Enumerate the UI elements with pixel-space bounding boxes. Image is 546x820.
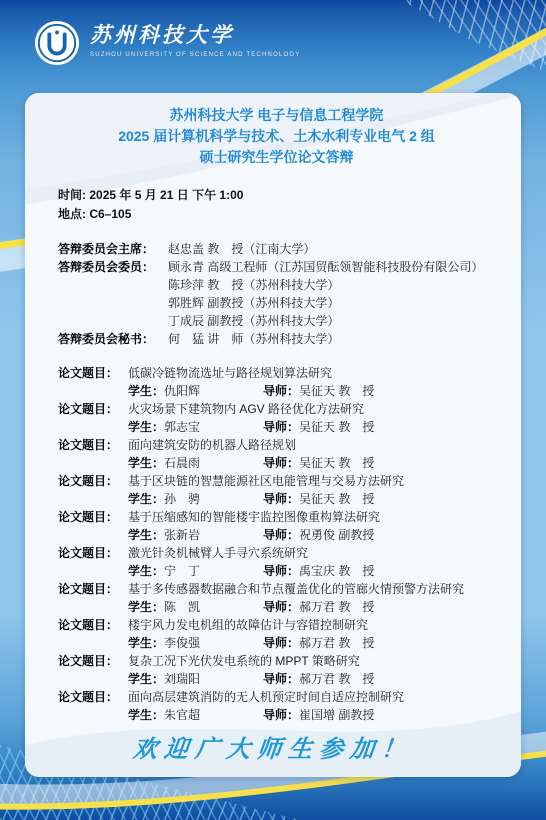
announcement-card: 苏州科技大学 电子与信息工程学院 2025 届计算机科学与技术、土木水利专业电气… [25, 93, 521, 777]
advisor-label: 导师： [263, 708, 299, 722]
thesis-student: 学生：孙 骋 [128, 490, 263, 508]
event-place: 地点: C6–105 [58, 205, 495, 224]
advisor-name: 吴征天 教 授 [299, 420, 374, 434]
defense-announcement-poster: 苏州科技大学 SUZHOU UNIVERSITY OF SCIENCE AND … [0, 0, 546, 820]
thesis-item: 论文题目：激光针灸机械臂人手寻穴系统研究学生：宁 丁导师：禹宝庆 教 授 [58, 544, 495, 580]
thesis-title-row: 论文题目：基于区块链的智慧能源社区电能管理与交易方法研究 [58, 472, 495, 490]
advisor-name: 禹宝庆 教 授 [299, 564, 374, 578]
student-name: 刘瑞阳 [164, 672, 200, 686]
thesis-student: 学生：李俊强 [128, 634, 263, 652]
student-name: 石晨雨 [164, 456, 200, 470]
thesis-people-row: 学生：仇阳辉导师：吴征天 教 授 [58, 382, 495, 400]
student-label: 学生： [128, 672, 164, 686]
committee-role-label: 答辩委员会委员： [58, 258, 168, 276]
thesis-item: 论文题目：基于多传感器数据融合和节点覆盖优化的管廊火情预警方法研究学生：陈 凯导… [58, 580, 495, 616]
committee-member: 赵忠盖 教 授（江南大学） [168, 240, 315, 258]
student-label: 学生： [128, 456, 164, 470]
advisor-name: 郝万君 教 授 [299, 672, 374, 686]
thesis-item: 论文题目：基于区块链的智慧能源社区电能管理与交易方法研究学生：孙 骋导师：吴征天… [58, 472, 495, 508]
committee-member: 丁成辰 副教授（苏州科技大学） [168, 312, 339, 330]
thesis-advisor: 导师：郝万君 教 授 [263, 670, 374, 688]
thesis-student: 学生：刘瑞阳 [128, 670, 263, 688]
thesis-student: 学生：张新岩 [128, 526, 263, 544]
title-line-2: 2025 届计算机科学与技术、土木水利专业电气 2 组 [58, 126, 495, 147]
committee-list: 答辩委员会主席： 赵忠盖 教 授（江南大学） 答辩委员会委员： 顾永青 高级工程… [58, 240, 495, 348]
thesis-title: 基于区块链的智慧能源社区电能管理与交易方法研究 [128, 472, 404, 490]
thesis-title-row: 论文题目：基于压缩感知的智能楼宇监控图像重构算法研究 [58, 508, 495, 526]
thesis-title-label: 论文题目： [58, 364, 128, 382]
committee-member: 陈珍萍 教 授（苏州科技大学） [168, 276, 339, 294]
committee-row: 陈珍萍 教 授（苏州科技大学） [58, 276, 495, 294]
thesis-item: 论文题目：低碳冷链物流选址与路径规划算法研究学生：仇阳辉导师：吴征天 教 授 [58, 364, 495, 400]
thesis-title: 复杂工况下光伏发电系统的 MPPT 策略研究 [128, 652, 360, 670]
event-info: 时间: 2025 年 5 月 21 日 下午 1:00 地点: C6–105 [58, 186, 495, 224]
student-name: 张新岩 [164, 528, 200, 542]
student-label: 学生： [128, 564, 164, 578]
student-label: 学生： [128, 492, 164, 506]
advisor-name: 吴征天 教 授 [299, 492, 374, 506]
thesis-item: 论文题目：面向建筑安防的机器人路径规划学生：石晨雨导师：吴征天 教 授 [58, 436, 495, 472]
mesh-pattern-top-right-icon [376, 0, 546, 72]
student-label: 学生： [128, 600, 164, 614]
advisor-label: 导师： [263, 420, 299, 434]
thesis-advisor: 导师：吴征天 教 授 [263, 490, 374, 508]
advisor-name: 吴征天 教 授 [299, 384, 374, 398]
thesis-advisor: 导师：祝勇俊 副教授 [263, 526, 374, 544]
student-name: 宁 丁 [164, 564, 200, 578]
advisor-label: 导师： [263, 564, 299, 578]
thesis-title-label: 论文题目： [58, 436, 128, 454]
thesis-title-row: 论文题目：复杂工况下光伏发电系统的 MPPT 策略研究 [58, 652, 495, 670]
thesis-title-label: 论文题目： [58, 472, 128, 490]
thesis-student: 学生：石晨雨 [128, 454, 263, 472]
student-name: 孙 骋 [164, 492, 200, 506]
student-name: 李俊强 [164, 636, 200, 650]
thesis-advisor: 导师：郝万君 教 授 [263, 634, 374, 652]
title-line-3: 硕士研究生学位论文答辩 [58, 147, 495, 168]
thesis-people-row: 学生：李俊强导师：郝万君 教 授 [58, 634, 495, 652]
thesis-title: 面向高层建筑消防的无人机预定时间自适应控制研究 [128, 688, 404, 706]
thesis-item: 论文题目：面向高层建筑消防的无人机预定时间自适应控制研究学生：朱官超导师：崔国增… [58, 688, 495, 724]
student-name: 陈 凯 [164, 600, 200, 614]
advisor-label: 导师： [263, 600, 299, 614]
event-time: 时间: 2025 年 5 月 21 日 下午 1:00 [58, 186, 495, 205]
thesis-student: 学生：宁 丁 [128, 562, 263, 580]
thesis-title-label: 论文题目： [58, 508, 128, 526]
thesis-title: 激光针灸机械臂人手寻穴系统研究 [128, 544, 308, 562]
university-name-en: SUZHOU UNIVERSITY OF SCIENCE AND TECHNOL… [90, 52, 300, 58]
thesis-title-row: 论文题目：低碳冷链物流选址与路径规划算法研究 [58, 364, 495, 382]
advisor-label: 导师： [263, 672, 299, 686]
committee-member: 顾永青 高级工程师（江苏国贸酝领智能科技股份有限公司） [168, 258, 483, 276]
committee-role-label [58, 294, 168, 312]
advisor-label: 导师： [263, 636, 299, 650]
thesis-title-row: 论文题目：火灾场景下建筑物内 AGV 路径优化方法研究 [58, 400, 495, 418]
thesis-title-row: 论文题目：楼宇风力发电机组的故障估计与容错控制研究 [58, 616, 495, 634]
thesis-list: 论文题目：低碳冷链物流选址与路径规划算法研究学生：仇阳辉导师：吴征天 教 授论文… [58, 364, 495, 724]
advisor-label: 导师： [263, 456, 299, 470]
advisor-label: 导师： [263, 528, 299, 542]
committee-row: 郭胜辉 副教授（苏州科技大学） [58, 294, 495, 312]
thesis-title-label: 论文题目： [58, 652, 128, 670]
advisor-label: 导师： [263, 384, 299, 398]
advisor-name: 崔国增 副教授 [299, 708, 374, 722]
student-label: 学生： [128, 420, 164, 434]
thesis-student: 学生：陈 凯 [128, 598, 263, 616]
student-label: 学生： [128, 708, 164, 722]
title-line-1: 苏州科技大学 电子与信息工程学院 [58, 105, 495, 126]
time-label: 时间: [58, 188, 86, 202]
committee-role-label [58, 276, 168, 294]
thesis-advisor: 导师：吴征天 教 授 [263, 382, 374, 400]
thesis-advisor: 导师：崔国增 副教授 [263, 706, 374, 724]
committee-member: 何 猛 讲 师（苏州科技大学） [168, 330, 339, 348]
place-value: C6–105 [89, 207, 131, 221]
advisor-name: 祝勇俊 副教授 [299, 528, 374, 542]
thesis-student: 学生：朱官超 [128, 706, 263, 724]
thesis-advisor: 导师：吴征天 教 授 [263, 418, 374, 436]
card-content: 苏州科技大学 电子与信息工程学院 2025 届计算机科学与技术、土木水利专业电气… [25, 93, 521, 724]
thesis-title-row: 论文题目：基于多传感器数据融合和节点覆盖优化的管廊火情预警方法研究 [58, 580, 495, 598]
thesis-item: 论文题目：火灾场景下建筑物内 AGV 路径优化方法研究学生：郭志宝导师：吴征天 … [58, 400, 495, 436]
advisor-name: 吴征天 教 授 [299, 456, 374, 470]
committee-row: 答辩委员会主席： 赵忠盖 教 授（江南大学） [58, 240, 495, 258]
student-label: 学生： [128, 384, 164, 398]
thesis-title: 基于压缩感知的智能楼宇监控图像重构算法研究 [128, 508, 380, 526]
place-label: 地点: [58, 207, 86, 221]
university-name-cn: 苏州科技大学 [90, 22, 300, 48]
thesis-item: 论文题目：复杂工况下光伏发电系统的 MPPT 策略研究学生：刘瑞阳导师：郝万君 … [58, 652, 495, 688]
welcome-message: 欢迎广大师生参加！ [25, 729, 521, 764]
advisor-name: 郝万君 教 授 [299, 600, 374, 614]
thesis-title: 低碳冷链物流选址与路径规划算法研究 [128, 364, 332, 382]
thesis-advisor: 导师：郝万君 教 授 [263, 598, 374, 616]
advisor-label: 导师： [263, 492, 299, 506]
thesis-student: 学生：郭志宝 [128, 418, 263, 436]
thesis-title: 面向建筑安防的机器人路径规划 [128, 436, 296, 454]
thesis-advisor: 导师：禹宝庆 教 授 [263, 562, 374, 580]
committee-row: 答辩委员会秘书： 何 猛 讲 师（苏州科技大学） [58, 330, 495, 348]
thesis-people-row: 学生：石晨雨导师：吴征天 教 授 [58, 454, 495, 472]
event-title: 苏州科技大学 电子与信息工程学院 2025 届计算机科学与技术、土木水利专业电气… [58, 105, 495, 168]
thesis-title-row: 论文题目：面向建筑安防的机器人路径规划 [58, 436, 495, 454]
student-name: 朱官超 [164, 708, 200, 722]
thesis-title: 火灾场景下建筑物内 AGV 路径优化方法研究 [128, 400, 364, 418]
time-value: 2025 年 5 月 21 日 下午 1:00 [89, 188, 243, 202]
thesis-people-row: 学生：张新岩导师：祝勇俊 副教授 [58, 526, 495, 544]
thesis-people-row: 学生：陈 凯导师：郝万君 教 授 [58, 598, 495, 616]
committee-member: 郭胜辉 副教授（苏州科技大学） [168, 294, 339, 312]
thesis-item: 论文题目：基于压缩感知的智能楼宇监控图像重构算法研究学生：张新岩导师：祝勇俊 副… [58, 508, 495, 544]
committee-row: 丁成辰 副教授（苏州科技大学） [58, 312, 495, 330]
committee-role-label: 答辩委员会主席： [58, 240, 168, 258]
committee-role-label: 答辩委员会秘书： [58, 330, 168, 348]
thesis-title: 楼宇风力发电机组的故障估计与容错控制研究 [128, 616, 368, 634]
thesis-title-row: 论文题目：面向高层建筑消防的无人机预定时间自适应控制研究 [58, 688, 495, 706]
thesis-advisor: 导师：吴征天 教 授 [263, 454, 374, 472]
thesis-people-row: 学生：孙 骋导师：吴征天 教 授 [58, 490, 495, 508]
thesis-item: 论文题目：楼宇风力发电机组的故障估计与容错控制研究学生：李俊强导师：郝万君 教 … [58, 616, 495, 652]
student-name: 郭志宝 [164, 420, 200, 434]
student-label: 学生： [128, 528, 164, 542]
advisor-name: 郝万君 教 授 [299, 636, 374, 650]
student-label: 学生： [128, 636, 164, 650]
thesis-people-row: 学生：宁 丁导师：禹宝庆 教 授 [58, 562, 495, 580]
thesis-title-label: 论文题目： [58, 688, 128, 706]
thesis-title: 基于多传感器数据融合和节点覆盖优化的管廊火情预警方法研究 [128, 580, 464, 598]
thesis-people-row: 学生：郭志宝导师：吴征天 教 授 [58, 418, 495, 436]
thesis-title-label: 论文题目： [58, 616, 128, 634]
committee-role-label [58, 312, 168, 330]
university-logo-icon [34, 20, 80, 66]
thesis-people-row: 学生：刘瑞阳导师：郝万君 教 授 [58, 670, 495, 688]
thesis-title-label: 论文题目： [58, 580, 128, 598]
committee-row: 答辩委员会委员： 顾永青 高级工程师（江苏国贸酝领智能科技股份有限公司） [58, 258, 495, 276]
thesis-title-label: 论文题目： [58, 544, 128, 562]
student-name: 仇阳辉 [164, 384, 200, 398]
thesis-student: 学生：仇阳辉 [128, 382, 263, 400]
thesis-title-label: 论文题目： [58, 400, 128, 418]
thesis-title-row: 论文题目：激光针灸机械臂人手寻穴系统研究 [58, 544, 495, 562]
thesis-people-row: 学生：朱官超导师：崔国增 副教授 [58, 706, 495, 724]
university-brand: 苏州科技大学 SUZHOU UNIVERSITY OF SCIENCE AND … [34, 20, 300, 66]
